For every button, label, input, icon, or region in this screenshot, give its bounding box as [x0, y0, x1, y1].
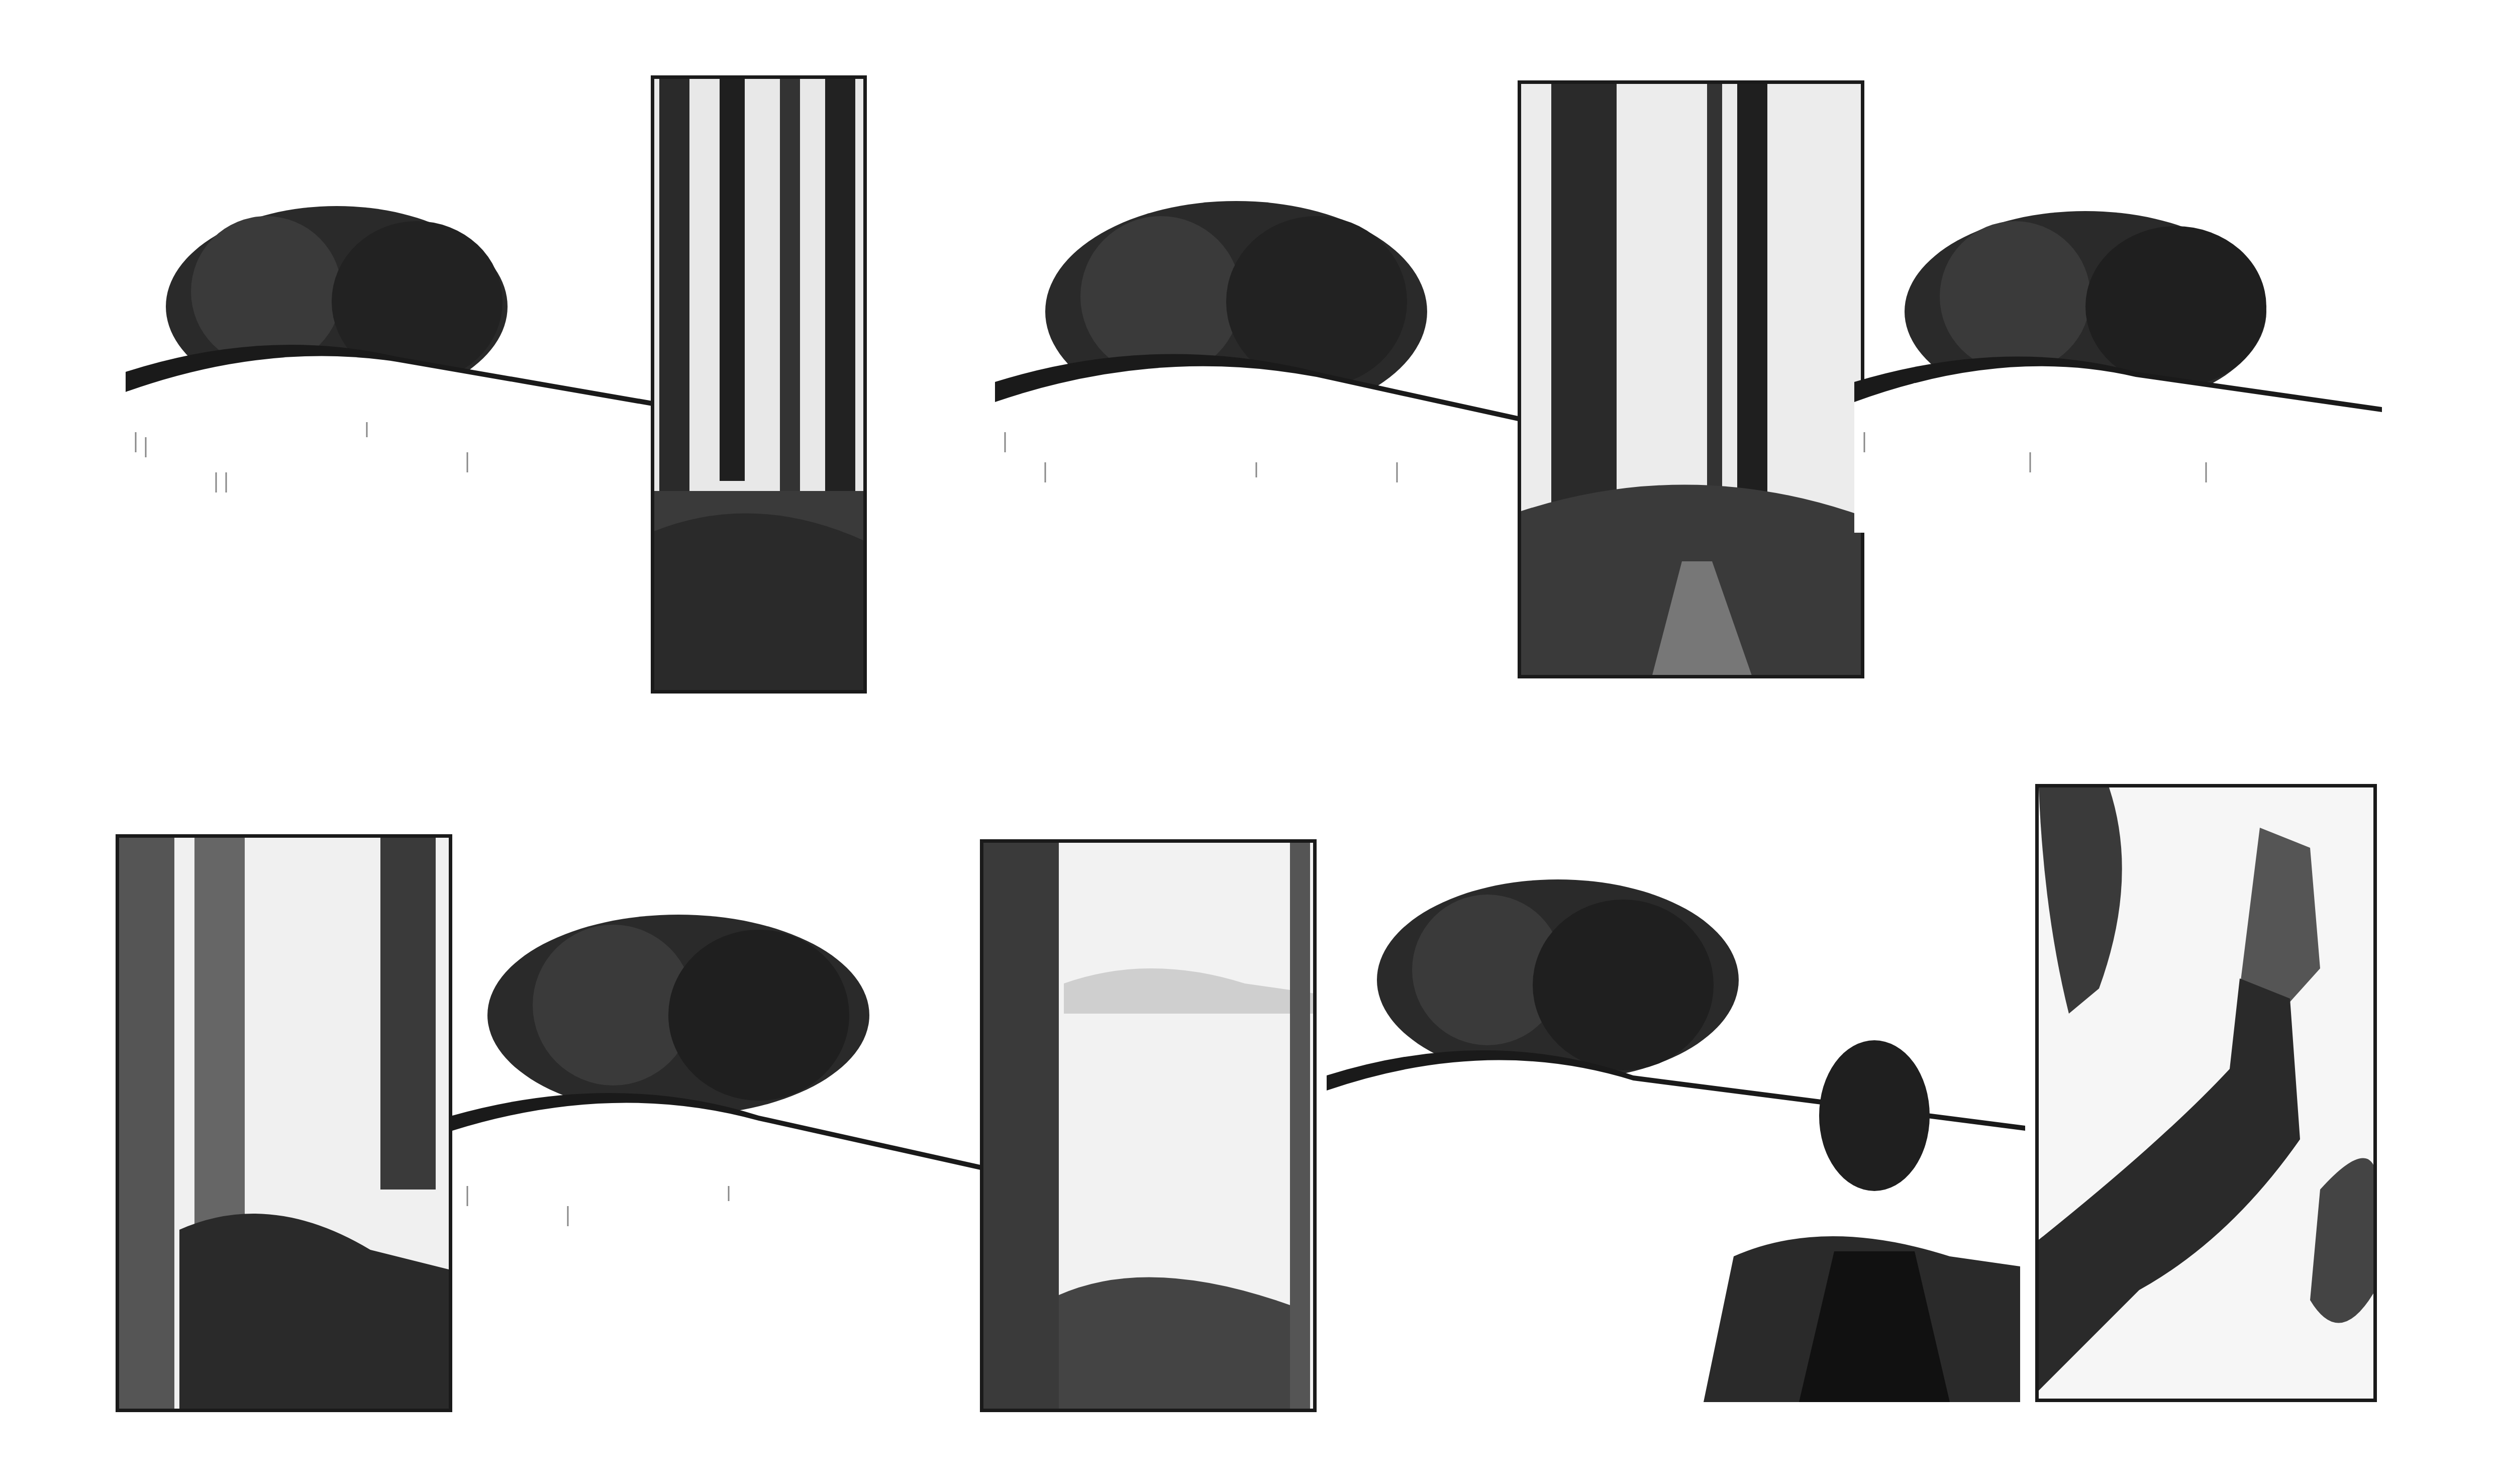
forest-ivy-illustration	[119, 838, 451, 1411]
forest-panel-1	[651, 75, 867, 694]
hill-scene-2	[995, 181, 1523, 533]
forest-path-illustration	[1521, 84, 1863, 677]
man-looking-at-mound-illustration	[1322, 864, 2035, 1402]
raised-arm-leaves-illustration	[2039, 787, 2375, 1401]
hill-tree-mound-illustration	[447, 905, 985, 1266]
forest-panel-4	[980, 839, 1317, 1412]
hill-tree-mound-illustration	[116, 191, 658, 533]
forest-trunks-illustration	[654, 79, 865, 692]
hill-scene-1	[116, 191, 658, 533]
hill-scene-3	[1854, 191, 2382, 533]
hill-tree-mound-illustration	[1854, 191, 2382, 533]
forest-panel-3	[116, 834, 452, 1412]
hill-scene-man	[1322, 864, 2035, 1402]
arm-panel	[2035, 784, 2377, 1402]
hill-scene-4	[447, 905, 985, 1266]
forest-panel-2	[1518, 80, 1864, 678]
hill-tree-mound-illustration	[995, 181, 1523, 533]
ivy-trunk-landscape-illustration	[983, 843, 1315, 1411]
